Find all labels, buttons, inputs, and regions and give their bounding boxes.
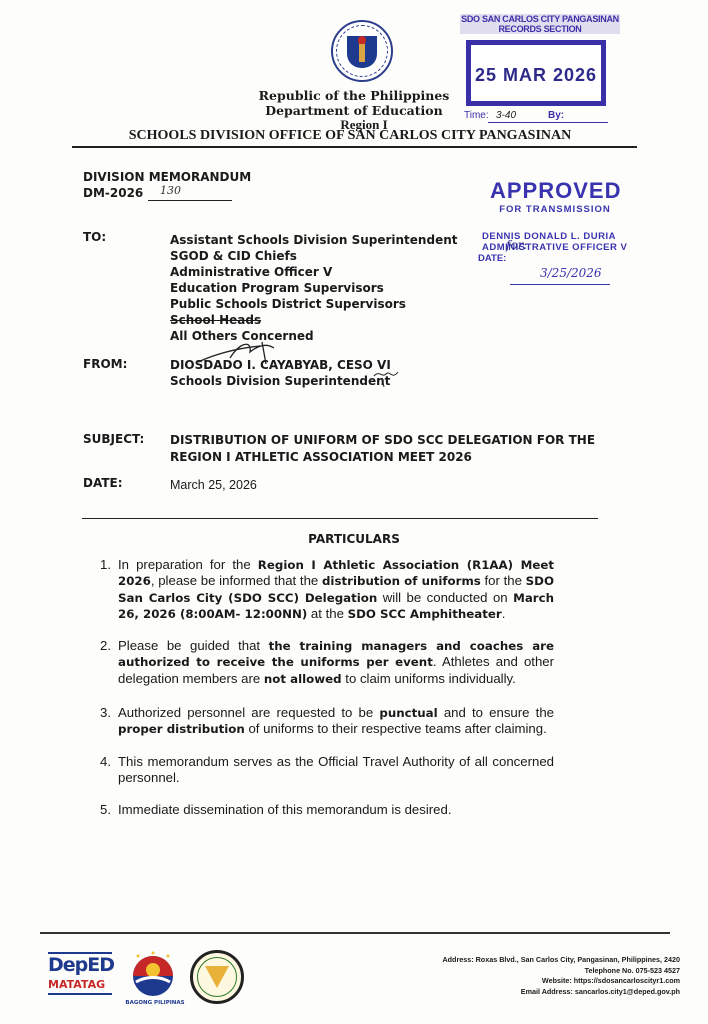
matatag-text: MATATAG xyxy=(48,978,112,991)
body-text: Authorized personnel are requested to be xyxy=(118,705,379,720)
particulars-list: 1.In preparation for the Region I Athlet… xyxy=(118,557,554,835)
recipient-list: Assistant Schools Division Superintenden… xyxy=(170,232,457,344)
sender-name: DIOSDADO I. CAYABYAB, CESO VI xyxy=(170,357,391,373)
approved-stamp-for: for: xyxy=(506,238,527,252)
item-number: 2. xyxy=(100,638,111,654)
emphasis-text: SDO SCC Amphitheater xyxy=(348,607,502,621)
receiving-stamp: SDO SAN CARLOS CITY PANGASINAN RECORDS S… xyxy=(460,14,620,124)
receiving-stamp-line xyxy=(488,122,608,123)
deped-seal-icon xyxy=(331,20,393,82)
emphasis-text: punctual xyxy=(379,706,437,720)
approved-stamp-date: 3/25/2026 xyxy=(540,266,602,280)
date-label: DATE: xyxy=(83,476,123,490)
body-text: Please be guided that xyxy=(118,638,269,653)
website-link[interactable]: Website: https://sdosancarloscityr1.com xyxy=(380,976,680,987)
sdo-seal-icon xyxy=(190,950,244,1004)
recipient: SGOD & CID Chiefs xyxy=(170,248,457,264)
particular-item: 1.In preparation for the Region I Athlet… xyxy=(118,557,554,622)
deped-logo-text: DepED xyxy=(48,954,112,976)
emphasis-text: distribution of uniforms xyxy=(322,574,481,588)
memo-number-value: 130 xyxy=(160,184,181,197)
bagong-pilipinas-logo-icon xyxy=(128,950,178,998)
body-text: of uniforms to their respective teams af… xyxy=(245,721,547,736)
body-text: to claim uniforms individually. xyxy=(342,671,516,686)
body-text: and to ensure the xyxy=(438,705,554,720)
receiving-stamp-heading: SDO SAN CARLOS CITY PANGASINAN RECORDS S… xyxy=(460,14,620,34)
sender: DIOSDADO I. CAYABYAB, CESO VI Schools Di… xyxy=(170,357,391,389)
memo-number-prefix: DM-2026 xyxy=(83,186,143,200)
body-text: Immediate dissemination of this memorand… xyxy=(118,802,452,817)
to-label: TO: xyxy=(83,230,106,244)
footer-divider xyxy=(40,932,670,934)
receiving-stamp-by-label: By: xyxy=(548,110,564,121)
contact-info: Address: Roxas Blvd., San Carlos City, P… xyxy=(380,955,680,997)
recipient: School Heads xyxy=(170,312,457,328)
subject-text: DISTRIBUTION OF UNIFORM OF SDO SCC DELEG… xyxy=(170,432,630,466)
body-text: . xyxy=(502,606,506,621)
from-label: FROM: xyxy=(83,357,127,371)
body-text: , please be informed that the xyxy=(151,573,322,588)
item-number: 1. xyxy=(100,557,111,573)
header-divider xyxy=(72,146,637,148)
particulars-heading: PARTICULARS xyxy=(0,532,708,546)
recipient: Assistant Schools Division Superintenden… xyxy=(170,232,457,248)
recipient: Administrative Officer V xyxy=(170,264,457,280)
telephone: Telephone No. 075-523 4527 xyxy=(380,966,680,977)
memo-number-line xyxy=(148,200,232,201)
sender-position: Schools Division Superintendent xyxy=(170,373,391,389)
section-divider xyxy=(82,518,598,519)
recipient: Education Program Supervisors xyxy=(170,280,457,296)
particular-item: 4.This memorandum serves as the Official… xyxy=(118,754,554,787)
receiving-stamp-date: 25 MAR 2026 xyxy=(471,65,601,86)
body-text: This memorandum serves as the Official T… xyxy=(118,754,554,785)
body-text: for the xyxy=(481,573,526,588)
approved-stamp-date-label: DATE: xyxy=(478,253,640,264)
recipient: Public Schools District Supervisors xyxy=(170,296,457,312)
body-text: will be conducted on xyxy=(377,590,513,605)
particular-item: 3.Authorized personnel are requested to … xyxy=(118,705,554,738)
emphasis-text: not allowed xyxy=(264,672,342,686)
email-link[interactable]: Email Address: sancarlos.city1@deped.gov… xyxy=(380,987,680,998)
particular-item: 5.Immediate dissemination of this memora… xyxy=(118,802,554,818)
address: Address: Roxas Blvd., San Carlos City, P… xyxy=(380,955,680,966)
item-number: 5. xyxy=(100,802,111,818)
approved-stamp-title: APPROVED xyxy=(490,178,620,204)
approved-stamp-date-line xyxy=(510,284,610,285)
receiving-stamp-time: 3-40 xyxy=(496,110,516,121)
item-number: 4. xyxy=(100,754,111,770)
particular-item: 2.Please be guided that the training man… xyxy=(118,638,554,687)
deped-matatag-logo: DepED MATATAG xyxy=(48,950,112,995)
memo-title: DIVISION MEMORANDUM xyxy=(83,170,251,184)
receiving-stamp-time-label: Time: xyxy=(464,110,489,121)
initials-icon xyxy=(372,366,402,388)
item-number: 3. xyxy=(100,705,111,721)
body-text: In preparation for the xyxy=(118,557,258,572)
bagong-pilipinas-text: BAGONG PILIPINAS xyxy=(118,1000,192,1006)
header-office: SCHOOLS DIVISION OFFICE OF SAN CARLOS CI… xyxy=(70,128,630,144)
body-text: at the xyxy=(307,606,347,621)
approved-stamp: APPROVED FOR TRANSMISSION DENNIS DONALD … xyxy=(490,178,640,264)
subject-label: SUBJECT: xyxy=(83,432,144,446)
date-value: March 25, 2026 xyxy=(170,478,257,492)
approved-stamp-subtitle: FOR TRANSMISSION xyxy=(490,204,620,215)
emphasis-text: proper distribution xyxy=(118,722,245,736)
